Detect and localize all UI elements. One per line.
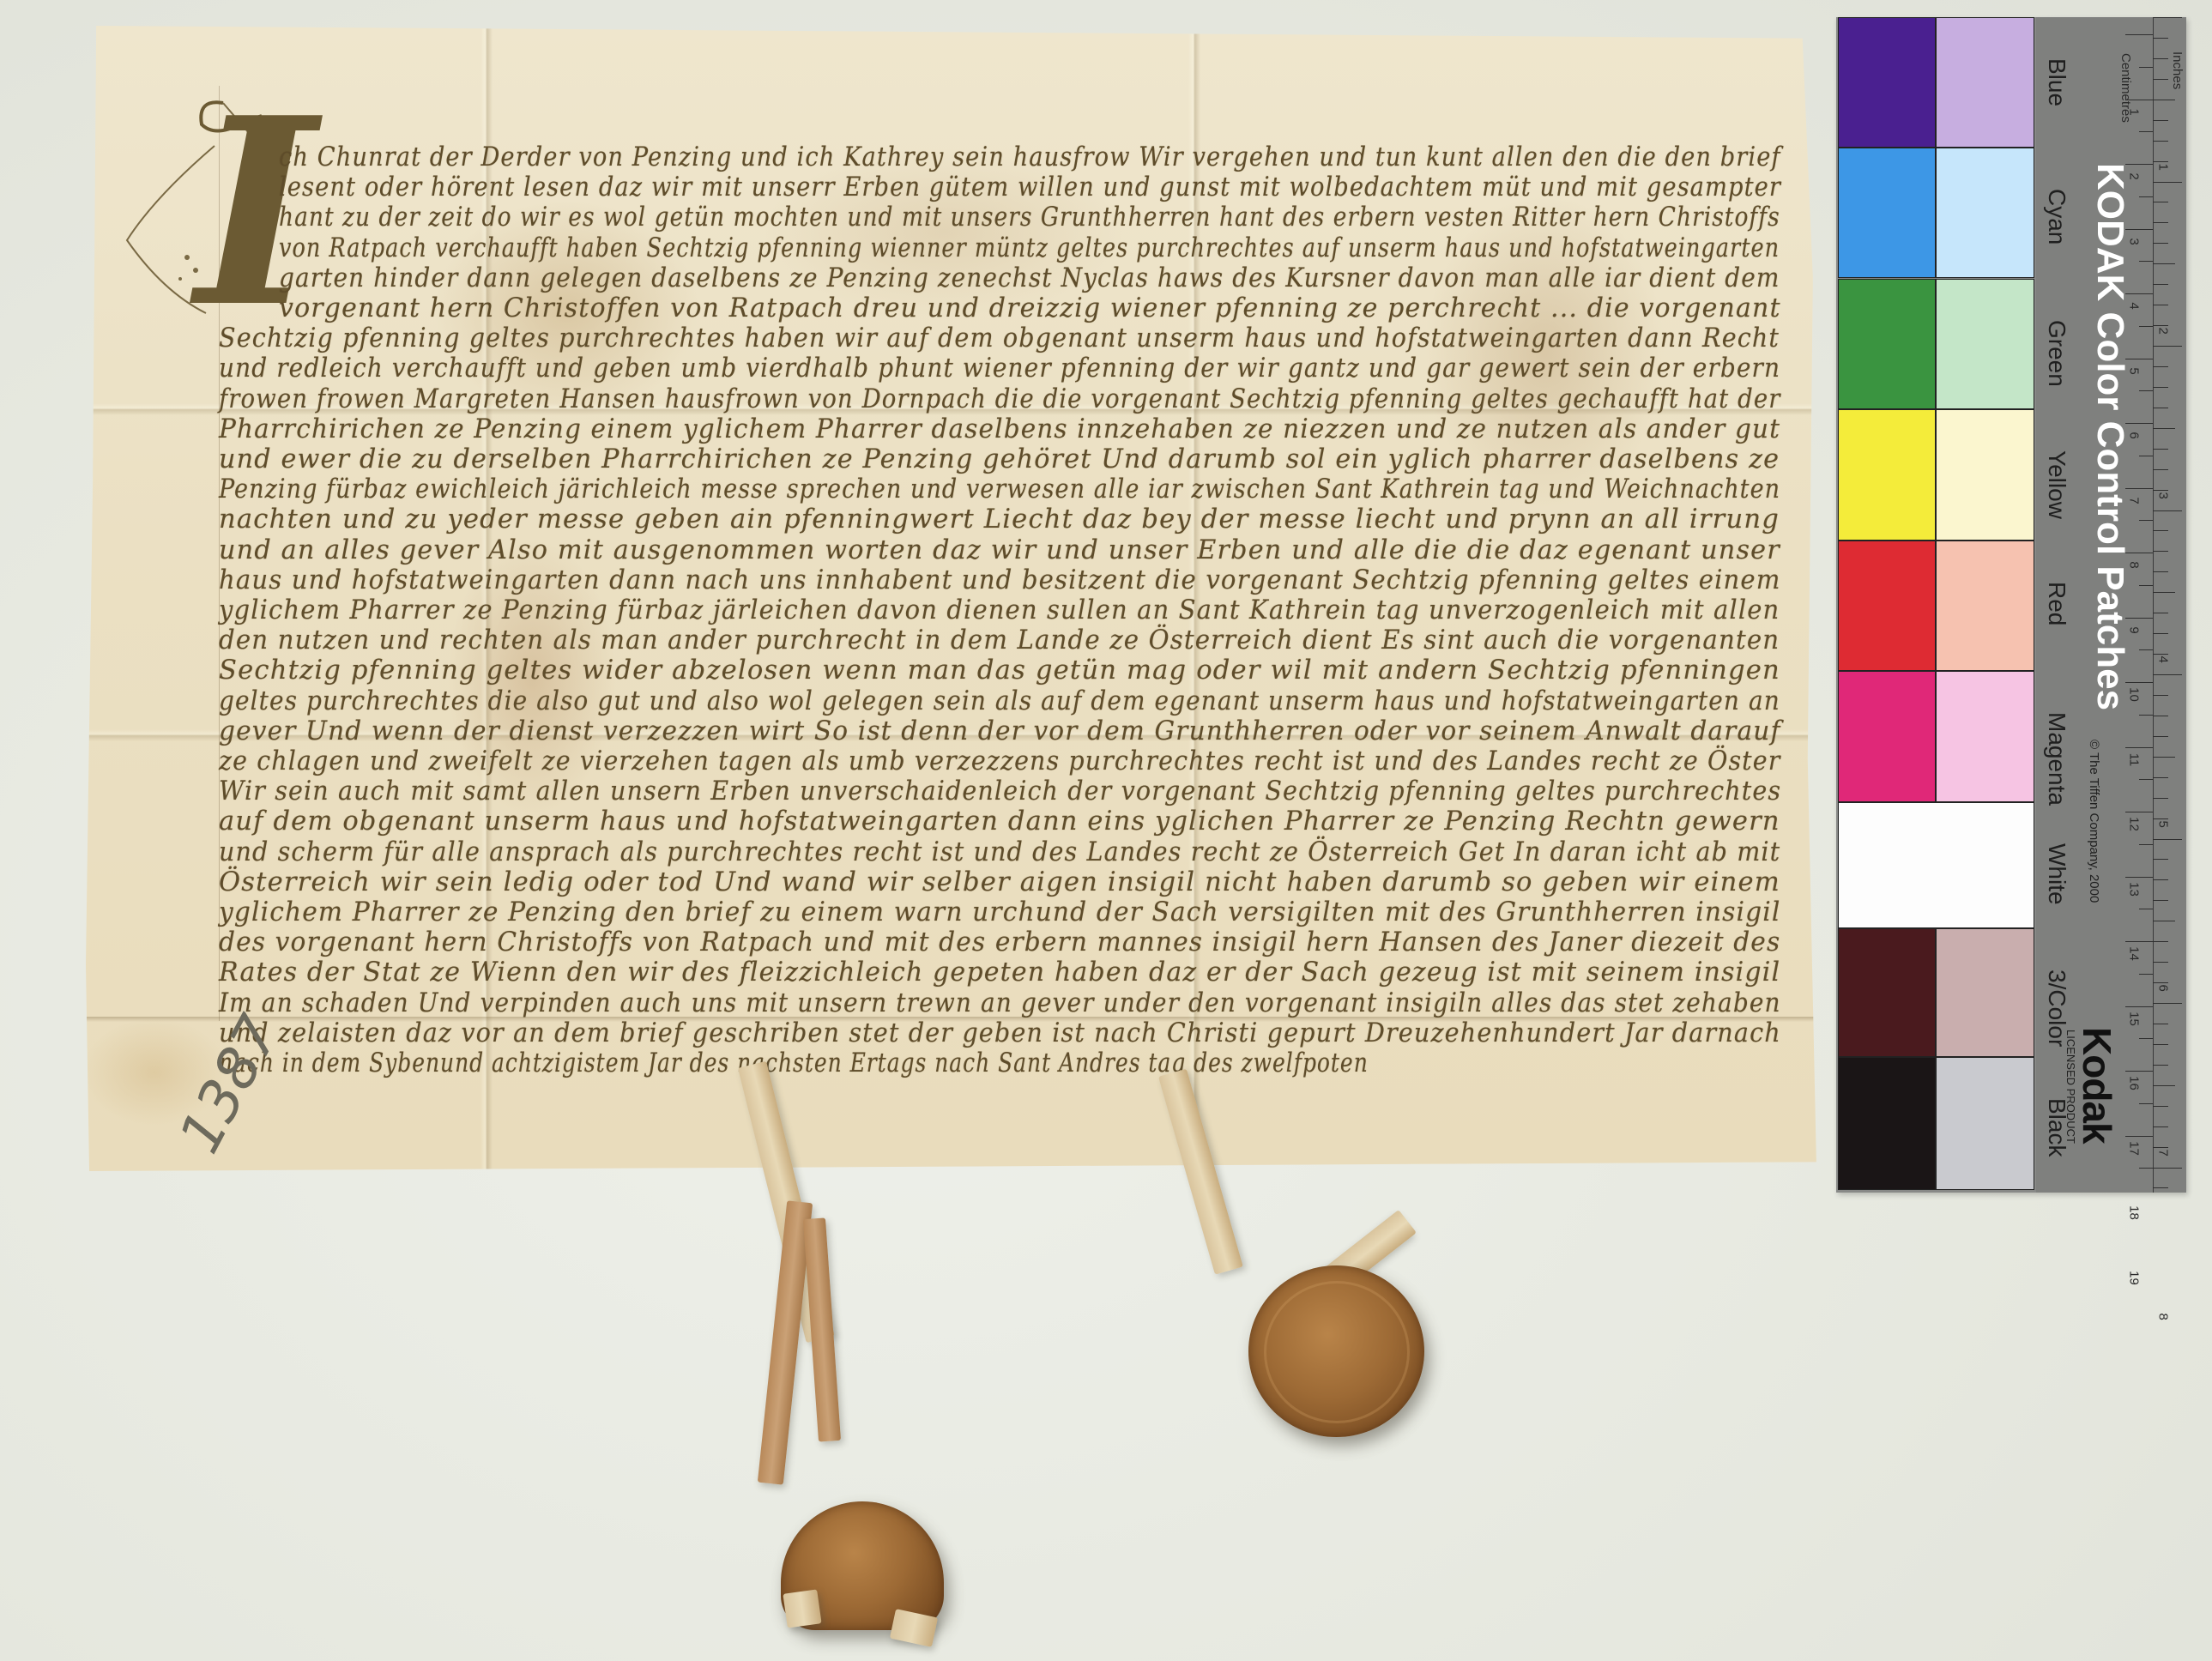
inch-tick bbox=[2153, 469, 2168, 470]
inch-tick bbox=[2153, 551, 2168, 552]
inch-tick bbox=[2153, 387, 2168, 388]
patch-label: White bbox=[2043, 843, 2070, 905]
inch-tick bbox=[2153, 982, 2168, 983]
patch-green-light bbox=[1936, 279, 2034, 409]
patch-blue-light bbox=[1936, 17, 2034, 148]
cm-tick bbox=[2125, 747, 2153, 748]
inch-tick bbox=[2153, 1024, 2168, 1024]
cm-tick bbox=[2125, 1136, 2153, 1137]
inch-tick bbox=[2153, 510, 2182, 511]
patch-cyan-dark bbox=[1838, 148, 1936, 278]
cm-tick bbox=[2139, 715, 2153, 716]
text-line: nachten und zu yeder messe geben ain pfe… bbox=[219, 504, 1780, 535]
text-line: vorgenant hern Christoffen von Ratpach d… bbox=[279, 293, 1781, 323]
text-line: hant zu der zeit do wir es wol getün moc… bbox=[279, 202, 1780, 233]
text-line: den nutzen und rechten als man ander pur… bbox=[219, 625, 1780, 655]
patch-magenta-dark bbox=[1838, 671, 1936, 802]
text-line: und scherm für alle ansprach als purchre… bbox=[219, 837, 1780, 867]
cm-tick bbox=[2139, 67, 2153, 68]
cm-tick bbox=[2139, 390, 2153, 391]
inch-label: 5 bbox=[2156, 820, 2171, 837]
inch-tick bbox=[2153, 141, 2168, 142]
inch-tick bbox=[2153, 58, 2168, 59]
cm-label: 12 bbox=[2127, 814, 2142, 835]
inch-tick bbox=[2153, 366, 2168, 367]
cm-tick bbox=[2125, 100, 2153, 100]
cm-label: 1 bbox=[2127, 101, 2142, 122]
parchment-charter: I ch Chunrat der Derder von Penzing und … bbox=[86, 26, 1823, 1171]
text-line: Rates der Stat ze Wienn den wir des flei… bbox=[219, 957, 1780, 988]
seal-right bbox=[1248, 1265, 1424, 1437]
text-line: ch Chunrat der Derder von Penzing und ic… bbox=[279, 142, 1781, 172]
inch-tick bbox=[2153, 921, 2175, 921]
kodak-logo: Kodak bbox=[2074, 1027, 2120, 1144]
inch-tick bbox=[2153, 408, 2168, 408]
cm-tick bbox=[2139, 131, 2153, 132]
inch-label: 1 bbox=[2156, 163, 2171, 180]
inch-tick bbox=[2153, 962, 2168, 963]
cm-tick bbox=[2125, 1006, 2153, 1007]
cm-tick bbox=[2125, 34, 2153, 35]
inch-label: 2 bbox=[2156, 328, 2171, 345]
cm-tick bbox=[2139, 974, 2153, 975]
inch-label: 4 bbox=[2156, 656, 2171, 673]
inch-tick bbox=[2153, 202, 2168, 202]
inch-tick bbox=[2153, 1126, 2168, 1127]
inch-tick bbox=[2153, 120, 2168, 121]
text-line: lesent oder hörent lesen daz wir mit uns… bbox=[279, 172, 1781, 202]
patch-black-dark bbox=[1838, 1057, 1936, 1190]
inch-tick bbox=[2153, 346, 2182, 347]
inch-tick bbox=[2153, 325, 2168, 326]
inch-tick bbox=[2153, 900, 2168, 901]
text-line: Penzing fürbaz ewichleich järichleich me… bbox=[219, 474, 1780, 504]
inch-label: 8 bbox=[2156, 1314, 2171, 1331]
cm-tick bbox=[2139, 326, 2153, 327]
text-line: yglichem Pharrer ze Penzing fürbaz järle… bbox=[219, 595, 1780, 625]
text-line: Pharrchirichen ze Penzing einem yglichem… bbox=[219, 414, 1780, 444]
inch-tick bbox=[2153, 1168, 2182, 1169]
cm-tick bbox=[2139, 1103, 2153, 1104]
inch-tick bbox=[2153, 777, 2168, 778]
inch-tick bbox=[2153, 633, 2168, 634]
inch-tick bbox=[2153, 100, 2175, 100]
inch-tick bbox=[2153, 530, 2168, 531]
text-line: Wir sein auch mit samt allen unsern Erbe… bbox=[219, 776, 1781, 806]
strip-copyright: © The Tiffen Company, 2000 bbox=[2087, 740, 2101, 903]
cm-label: 19 bbox=[2127, 1267, 2142, 1288]
inch-label: 7 bbox=[2156, 1149, 2171, 1166]
patch-label: Magenta bbox=[2043, 712, 2070, 806]
inch-tick bbox=[2153, 879, 2168, 880]
inch-tick bbox=[2153, 859, 2168, 860]
inch-tick bbox=[2153, 716, 2168, 716]
seal-inner-ring bbox=[1264, 1281, 1410, 1423]
inch-tick bbox=[2153, 1187, 2168, 1188]
text-line: Sechtzig pfenning geltes wider abzelosen… bbox=[219, 655, 1780, 686]
inch-tick bbox=[2153, 17, 2182, 18]
cm-label: 11 bbox=[2127, 749, 2142, 770]
inch-tick bbox=[2153, 592, 2175, 593]
inch-tick bbox=[2153, 839, 2182, 840]
patch-label: 3/Color bbox=[2043, 969, 2070, 1047]
cm-tick bbox=[2139, 779, 2153, 780]
inch-label: 3 bbox=[2156, 492, 2171, 509]
strip-title: KODAK Color Control Patches bbox=[2088, 163, 2131, 710]
patch-label: Black bbox=[2043, 1098, 2070, 1157]
text-line: frowen frowen Margreten Hansen hausfrown… bbox=[219, 384, 1780, 414]
text-line: yglichem Pharrer ze Penzing den brief zu… bbox=[219, 897, 1780, 927]
text-line: des vorgenant hern Christoffs von Ratpac… bbox=[219, 927, 1780, 957]
text-line: und zelaisten daz vor an dem brief gesch… bbox=[219, 1018, 1781, 1048]
cm-tick bbox=[2125, 812, 2153, 812]
cm-tick bbox=[2139, 649, 2153, 650]
patch-label: Green bbox=[2043, 320, 2070, 387]
cm-tick bbox=[2139, 456, 2153, 456]
patch-label: Cyan bbox=[2043, 189, 2070, 245]
inch-tick bbox=[2153, 654, 2168, 655]
cm-label: 18 bbox=[2127, 1203, 2142, 1223]
text-line: haus und hofstatweingarten dann nach uns… bbox=[219, 565, 1781, 595]
inch-tick bbox=[2153, 798, 2168, 799]
inch-tick bbox=[2153, 449, 2168, 450]
cm-label: 16 bbox=[2127, 1073, 2142, 1094]
text-line: von Ratpach verchaufft haben Sechtzig pf… bbox=[279, 233, 1780, 263]
patch-yellow-light bbox=[1936, 409, 2034, 541]
inch-tick bbox=[2153, 222, 2168, 223]
text-line: garten hinder dann gelegen daselbens ze … bbox=[279, 263, 1780, 293]
cm-tick bbox=[2125, 941, 2153, 942]
patch-3-color-dark bbox=[1838, 928, 1936, 1057]
text-line: geltes purchrechtes die also gut und als… bbox=[219, 686, 1780, 716]
kodak-color-control-strip: Inches Centimetres 123456789101112131415… bbox=[1836, 17, 2186, 1193]
inch-tick bbox=[2153, 1106, 2168, 1107]
inch-tick bbox=[2153, 1065, 2168, 1066]
cm-tick bbox=[2139, 196, 2153, 197]
inch-tick bbox=[2153, 571, 2168, 572]
inch-tick bbox=[2153, 243, 2168, 244]
cm-tick bbox=[2139, 585, 2153, 586]
inch-tick bbox=[2153, 674, 2182, 675]
unit-label-inches: Inches bbox=[2170, 51, 2185, 89]
patch-red-light bbox=[1936, 541, 2034, 671]
patch-label: Yellow bbox=[2043, 450, 2070, 519]
text-line: und redleich verchaufft und geben umb vi… bbox=[219, 353, 1780, 384]
inch-tick bbox=[2153, 1003, 2182, 1004]
inch-label: 6 bbox=[2156, 985, 2171, 1002]
cm-tick bbox=[2139, 909, 2153, 909]
text-line: Im an schaden Und verpinden auch uns mit… bbox=[219, 988, 1781, 1018]
cm-tick bbox=[2125, 1071, 2153, 1072]
cm-tick bbox=[2139, 844, 2153, 845]
patch-yellow-dark bbox=[1838, 409, 1936, 541]
inch-tick bbox=[2153, 941, 2168, 942]
patch-blue-dark bbox=[1838, 17, 1936, 148]
patch-red-dark bbox=[1838, 541, 1936, 671]
inch-tick bbox=[2153, 736, 2168, 737]
cm-label: 14 bbox=[2127, 944, 2142, 964]
text-line: Sechtzig pfenning geltes purchrechtes ha… bbox=[219, 323, 1780, 353]
patch-label: Red bbox=[2043, 582, 2070, 625]
text-line: gever Und wenn der dienst verzezzen wirt… bbox=[219, 716, 1781, 746]
inch-tick bbox=[2153, 161, 2168, 162]
text-line: und an alles gever Also mit ausgenommen … bbox=[219, 535, 1780, 565]
text-line: ze chlagen und zweifelt ze vierzehen tag… bbox=[219, 746, 1780, 776]
inch-tick bbox=[2153, 79, 2168, 80]
inch-tick bbox=[2153, 1085, 2175, 1086]
inch-tick bbox=[2153, 490, 2168, 491]
cm-tick bbox=[2139, 1168, 2153, 1169]
text-line: und ewer die zu derselben Pharrchirichen… bbox=[219, 444, 1780, 474]
inch-tick bbox=[2153, 428, 2175, 429]
inch-tick bbox=[2153, 305, 2168, 305]
cm-label: 17 bbox=[2127, 1138, 2142, 1158]
inch-tick bbox=[2153, 1147, 2168, 1148]
cm-tick bbox=[2139, 520, 2153, 521]
cm-tick bbox=[2139, 261, 2153, 262]
patch-magenta-light bbox=[1936, 671, 2034, 802]
inch-tick bbox=[2153, 695, 2168, 696]
cm-label: 13 bbox=[2127, 879, 2142, 899]
ruler: Inches Centimetres 123456789101112131415… bbox=[2036, 17, 2186, 1193]
seal-tag-left-end bbox=[783, 1589, 821, 1628]
inch-tick bbox=[2153, 818, 2168, 819]
patch-black-light bbox=[1936, 1057, 2034, 1190]
patch-3-color-light bbox=[1936, 928, 2034, 1057]
ruler-line bbox=[2153, 17, 2154, 1193]
patch-label: Blue bbox=[2043, 58, 2070, 106]
inch-tick bbox=[2153, 38, 2168, 39]
cm-label: 15 bbox=[2127, 1008, 2142, 1029]
cm-tick bbox=[2125, 877, 2153, 878]
text-line: Österreich wir sein ledig oder tod Und w… bbox=[219, 867, 1780, 897]
inch-tick bbox=[2153, 284, 2168, 285]
text-line: nach in dem Sybenund achtzigistem Jar de… bbox=[219, 1048, 1369, 1078]
cm-tick bbox=[2139, 1038, 2153, 1039]
inch-tick bbox=[2153, 1044, 2168, 1045]
inch-tick bbox=[2153, 757, 2175, 758]
inch-tick bbox=[2153, 263, 2175, 264]
inch-tick bbox=[2153, 182, 2182, 183]
patch-white bbox=[1838, 802, 2034, 928]
text-line: auf dem obgenant unserm haus und hofstat… bbox=[219, 806, 1780, 837]
patch-cyan-light bbox=[1936, 148, 2034, 278]
patch-green-dark bbox=[1838, 279, 1936, 409]
inch-tick bbox=[2153, 613, 2168, 613]
